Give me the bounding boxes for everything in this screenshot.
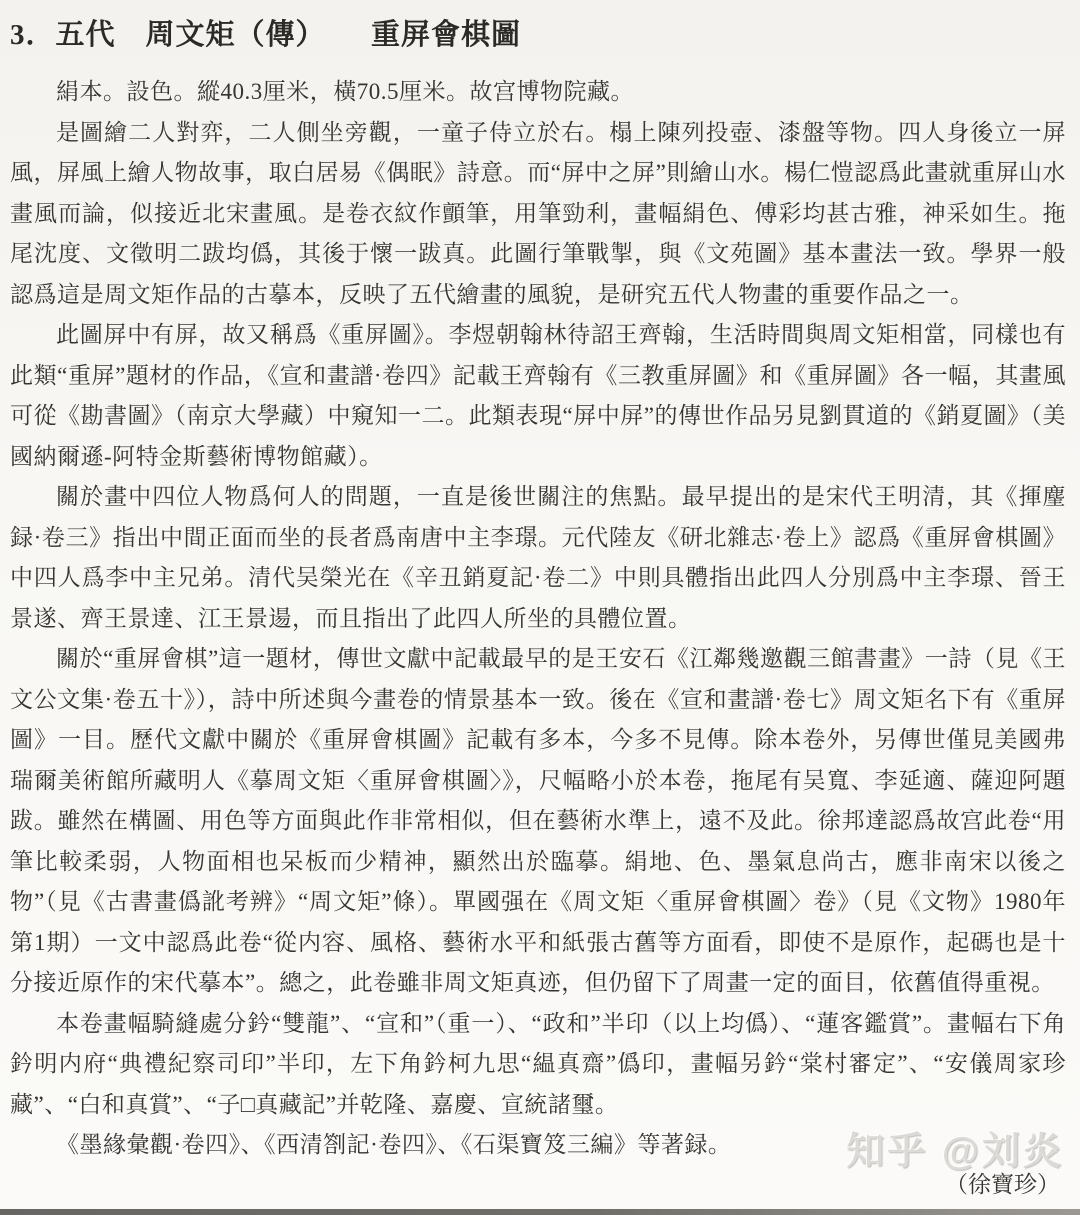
scanned-document-page: 3．五代 周文矩（傳） 重屏會棋圖 絹本。設色。縱40.3厘米，橫70.5厘米。… [0, 0, 1080, 1215]
paragraph-historical-records: 關於“重屏會棋”這一題材，傳世文獻中記載最早的是王安石《江鄰幾邀觀三館書畫》一詩… [10, 639, 1066, 1004]
paragraph-materials: 絹本。設色。縱40.3厘米，橫70.5厘米。故宫博物院藏。 [10, 72, 1066, 113]
paragraph-seals: 本卷畫幅騎縫處分鈐“雙龍”、“宣和”（重一）、“政和”半印（以上均僞）、“蓮客鑑… [10, 1004, 1066, 1126]
page-title: 3．五代 周文矩（傳） 重屏會棋圖 [10, 12, 1066, 58]
page-edge-shadow [0, 1209, 1080, 1215]
paragraph-catalog-references: 《墨緣彙觀·卷四》、《西清劄記·卷四》、《石渠寶笈三編》等著録。 [10, 1125, 1066, 1166]
paragraph-figure-identification: 關於畫中四位人物爲何人的問題，一直是後世關注的焦點。最早提出的是宋代王明清，其《… [10, 477, 1066, 639]
author-signature: （徐寶珍） [10, 1168, 1066, 1202]
document-body: 絹本。設色。縱40.3厘米，橫70.5厘米。故宫博物院藏。 是圖繪二人對弈，二人… [10, 72, 1066, 1166]
paragraph-description: 是圖繪二人對弈，二人側坐旁觀，一童子侍立於右。榻上陳列投壺、漆盤等物。四人身後立… [10, 113, 1066, 316]
paragraph-double-screen-theme: 此圖屏中有屏，故又稱爲《重屏圖》。李煜朝翰林待詔王齊翰，生活時間與周文矩相當，同… [10, 315, 1066, 477]
